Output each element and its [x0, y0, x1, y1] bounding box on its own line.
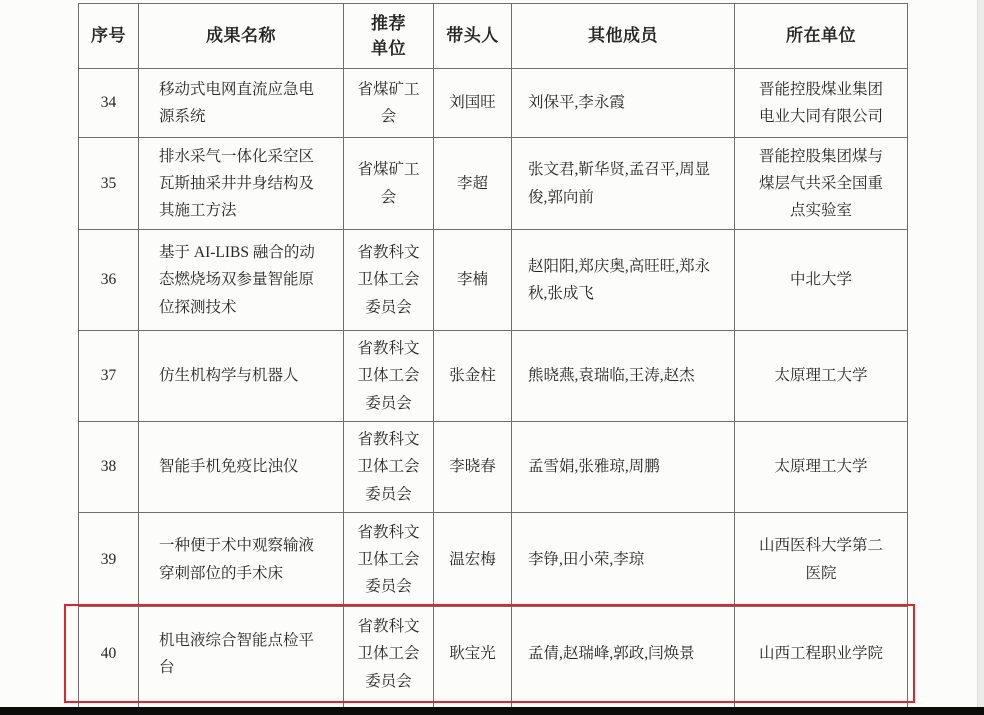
cell-leader: 李超 — [434, 138, 512, 230]
bottom-black-bar — [0, 707, 984, 715]
cell-text: 孟倩,赵瑞峰,郭政,闫焕景 — [528, 645, 695, 662]
cell-members: 刘保平,李永霞 — [512, 69, 735, 138]
cell-text: 40 — [101, 645, 117, 662]
cell-text: 李楠 — [457, 271, 488, 288]
cell-text: 36 — [101, 271, 117, 288]
cell-text: 移动式电网直流应急电源系统 — [159, 81, 314, 125]
cell-name: 机电液综合智能点检平台 — [139, 607, 344, 702]
cell-members: 孟雪娟,张雅琼,周鹏 — [512, 422, 735, 513]
column-header-label: 序号 — [91, 26, 126, 45]
cell-leader: 刘国旺 — [434, 69, 512, 138]
cell-no: 35 — [79, 138, 139, 230]
cell-no: 38 — [79, 422, 139, 513]
cell-text: 省教科文卫体工会委员会 — [355, 426, 422, 507]
table-row: 38智能手机免疫比浊仪省教科文卫体工会委员会李晓春孟雪娟,张雅琼,周鹏太原理工大… — [79, 422, 908, 513]
cell-text: 刘保平,李永霞 — [528, 94, 625, 111]
cell-recommender: 省教科文卫体工会委员会 — [344, 607, 434, 702]
cell-text: 34 — [101, 94, 117, 111]
cell-text: 省教科文卫体工会委员会 — [355, 519, 422, 600]
cell-name: 排水采气一体化采空区瓦斯抽采井井身结构及其施工方法 — [139, 138, 344, 230]
cell-leader: 耿宝光 — [434, 607, 512, 702]
cell-no: 40 — [79, 607, 139, 702]
cell-members: 孟倩,赵瑞峰,郭政,闫焕景 — [512, 607, 735, 702]
column-header-label: 所在单位 — [786, 26, 856, 45]
cell-text: 排水采气一体化采空区瓦斯抽采井井身结构及其施工方法 — [159, 148, 314, 219]
cell-leader: 张金柱 — [434, 331, 512, 422]
cell-text: 35 — [101, 175, 117, 192]
cell-text: 张文君,靳华贤,孟召平,周显俊,郭向前 — [528, 161, 710, 205]
cell-name: 智能手机免疫比浊仪 — [139, 422, 344, 513]
cell-text: 一种便于术中观察输液穿刺部位的手术床 — [159, 537, 314, 581]
cell-text: 37 — [101, 367, 117, 384]
cell-recommender: 省教科文卫体工会委员会 — [344, 230, 434, 331]
column-header-label: 推荐单位 — [369, 11, 408, 62]
cell-name: 一种便于术中观察输液穿刺部位的手术床 — [139, 513, 344, 607]
header-row: 序号成果名称推荐单位带头人其他成员所在单位 — [79, 4, 908, 69]
column-header-leader: 带头人 — [434, 4, 512, 69]
cell-text: 省教科文卫体工会委员会 — [355, 613, 422, 694]
cell-no: 36 — [79, 230, 139, 331]
cell-text: 机电液综合智能点检平台 — [159, 632, 314, 676]
cell-text: 熊晓燕,袁瑞临,王涛,赵杰 — [528, 367, 695, 384]
page-edge-shadow — [977, 0, 984, 715]
cell-recommender: 省教科文卫体工会委员会 — [344, 422, 434, 513]
cell-text: 孟雪娟,张雅琼,周鹏 — [528, 458, 660, 475]
cell-text: 赵阳阳,郑庆奥,高旺旺,郑永秋,张成飞 — [528, 258, 710, 302]
table-row: 35排水采气一体化采空区瓦斯抽采井井身结构及其施工方法省煤矿工会李超张文君,靳华… — [79, 138, 908, 230]
cell-text: 李铮,田小荣,李琼 — [528, 551, 644, 568]
cell-recommender: 省教科文卫体工会委员会 — [344, 331, 434, 422]
cell-name: 仿生机构学与机器人 — [139, 331, 344, 422]
column-header-label: 成果名称 — [206, 26, 276, 45]
column-header-label: 其他成员 — [588, 26, 658, 45]
cell-leader: 李楠 — [434, 230, 512, 331]
cell-unit: 晋能控股煤业集团电业大同有限公司 — [735, 69, 908, 138]
cell-text: 智能手机免疫比浊仪 — [159, 458, 299, 475]
cell-unit: 晋能控股集团煤与煤层气共采全国重点实验室 — [735, 138, 908, 230]
table-row: 40机电液综合智能点检平台省教科文卫体工会委员会耿宝光孟倩,赵瑞峰,郭政,闫焕景… — [79, 607, 908, 702]
cell-unit: 太原理工大学 — [735, 331, 908, 422]
cell-text: 刘国旺 — [449, 94, 496, 111]
cell-text: 太原理工大学 — [754, 362, 887, 389]
column-header-label: 带头人 — [446, 26, 499, 45]
cell-no: 39 — [79, 513, 139, 607]
table-row: 39一种便于术中观察输液穿刺部位的手术床省教科文卫体工会委员会温宏梅李铮,田小荣… — [79, 513, 908, 607]
column-header-members: 其他成员 — [512, 4, 735, 69]
cell-text: 耿宝光 — [449, 645, 496, 662]
results-table: 序号成果名称推荐单位带头人其他成员所在单位 34移动式电网直流应急电源系统省煤矿… — [78, 3, 908, 715]
cell-text: 晋能控股煤业集团电业大同有限公司 — [754, 76, 887, 130]
cell-text: 省教科文卫体工会委员会 — [355, 239, 422, 320]
cell-text: 李晓春 — [449, 458, 496, 475]
cell-recommender: 省煤矿工会 — [344, 69, 434, 138]
cell-name: 移动式电网直流应急电源系统 — [139, 69, 344, 138]
column-header-name: 成果名称 — [139, 4, 344, 69]
cell-text: 仿生机构学与机器人 — [159, 367, 299, 384]
cell-members: 张文君,靳华贤,孟召平,周显俊,郭向前 — [512, 138, 735, 230]
cell-text: 中北大学 — [754, 266, 887, 293]
cell-leader: 温宏梅 — [434, 513, 512, 607]
cell-text: 李超 — [457, 175, 488, 192]
cell-text: 省煤矿工会 — [355, 156, 422, 210]
cell-leader: 李晓春 — [434, 422, 512, 513]
cell-text: 晋能控股集团煤与煤层气共采全国重点实验室 — [754, 143, 887, 224]
cell-recommender: 省教科文卫体工会委员会 — [344, 513, 434, 607]
cell-text: 山西医科大学第二医院 — [754, 532, 887, 586]
table-row: 37仿生机构学与机器人省教科文卫体工会委员会张金柱熊晓燕,袁瑞临,王涛,赵杰太原… — [79, 331, 908, 422]
cell-text: 基于 AI-LIBS 融合的动态燃烧场双参量智能原位探测技术 — [159, 244, 315, 315]
cell-no: 37 — [79, 331, 139, 422]
cell-text: 38 — [101, 458, 117, 475]
column-header-recommender: 推荐单位 — [344, 4, 434, 69]
column-header-unit: 所在单位 — [735, 4, 908, 69]
table-row: 34移动式电网直流应急电源系统省煤矿工会刘国旺刘保平,李永霞晋能控股煤业集团电业… — [79, 69, 908, 138]
cell-text: 省教科文卫体工会委员会 — [355, 335, 422, 416]
cell-no: 34 — [79, 69, 139, 138]
cell-text: 39 — [101, 551, 117, 568]
document-page: 序号成果名称推荐单位带头人其他成员所在单位 34移动式电网直流应急电源系统省煤矿… — [0, 0, 984, 715]
cell-members: 赵阳阳,郑庆奥,高旺旺,郑永秋,张成飞 — [512, 230, 735, 331]
results-table-area: 序号成果名称推荐单位带头人其他成员所在单位 34移动式电网直流应急电源系统省煤矿… — [78, 3, 908, 715]
table-row: 36基于 AI-LIBS 融合的动态燃烧场双参量智能原位探测技术省教科文卫体工会… — [79, 230, 908, 331]
cell-members: 李铮,田小荣,李琼 — [512, 513, 735, 607]
cell-name: 基于 AI-LIBS 融合的动态燃烧场双参量智能原位探测技术 — [139, 230, 344, 331]
cell-unit: 山西工程职业学院 — [735, 607, 908, 702]
column-header-no: 序号 — [79, 4, 139, 69]
cell-members: 熊晓燕,袁瑞临,王涛,赵杰 — [512, 331, 735, 422]
cell-recommender: 省煤矿工会 — [344, 138, 434, 230]
cell-text: 太原理工大学 — [754, 453, 887, 480]
cell-text: 省煤矿工会 — [355, 76, 422, 130]
cell-text: 山西工程职业学院 — [754, 640, 887, 667]
cell-text: 温宏梅 — [449, 551, 496, 568]
cell-unit: 中北大学 — [735, 230, 908, 331]
cell-unit: 太原理工大学 — [735, 422, 908, 513]
cell-text: 张金柱 — [449, 367, 496, 384]
cell-unit: 山西医科大学第二医院 — [735, 513, 908, 607]
